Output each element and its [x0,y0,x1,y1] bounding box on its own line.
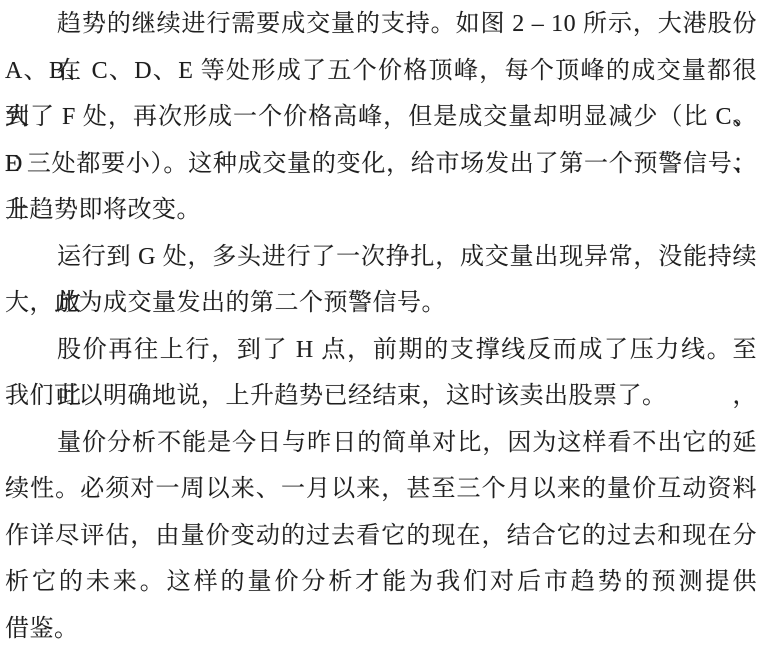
text-line: A、B、C、D、E 等处形成了五个价格顶峰，每个顶峰的成交量都很大。 [5,48,757,95]
text-line: 大，此为成交量发出的第二个预警信号。 [5,280,757,327]
text-line: 量价分析不能是今日与昨日的简单对比，因为这样看不出它的延 [5,420,757,467]
paragraph-3: 股价再往上行，到了 H 点，前期的支撑线反而成了压力线。至此， 我们可以明确地说… [5,327,757,420]
text-line: 升趋势即将改变。 [5,187,757,234]
text-line: 股价再往上行，到了 H 点，前期的支撑线反而成了压力线。至此， [5,327,757,374]
text-line: 作详尽评估，由量价变动的过去看它的现在，结合它的过去和现在分 [5,513,757,560]
text-line: 我们可以明确地说，上升趋势已经结束，这时该卖出股票了。 [5,373,757,420]
text-line: 到了 F 处，再次形成一个价格高峰，但是成交量却明显减少（比 C、D、 [5,94,757,141]
paragraph-4: 量价分析不能是今日与昨日的简单对比，因为这样看不出它的延 续性。必须对一周以来、… [5,420,757,650]
paragraph-2: 运行到 G 处，多头进行了一次挣扎，成交量出现异常，没能持续放 大，此为成交量发… [5,234,757,327]
text-line: 析它的未来。这样的量价分析才能为我们对后市趋势的预测提供 [5,559,757,606]
text-line: E 三处都要小）。这种成交量的变化，给市场发出了第一个预警信号：上 [5,141,757,188]
text-line: 续性。必须对一周以来、一月以来，甚至三个月以来的量价互动资料 [5,466,757,513]
book-page: 趋势的继续进行需要成交量的支持。如图 2 – 10 所示，大港股份在 A、B、C… [0,0,762,650]
text-line: 趋势的继续进行需要成交量的支持。如图 2 – 10 所示，大港股份在 [5,1,757,48]
paragraph-1: 趋势的继续进行需要成交量的支持。如图 2 – 10 所示，大港股份在 A、B、C… [5,1,757,234]
text-line: 运行到 G 处，多头进行了一次挣扎，成交量出现异常，没能持续放 [5,234,757,281]
text-line: 借鉴。 [5,606,757,650]
